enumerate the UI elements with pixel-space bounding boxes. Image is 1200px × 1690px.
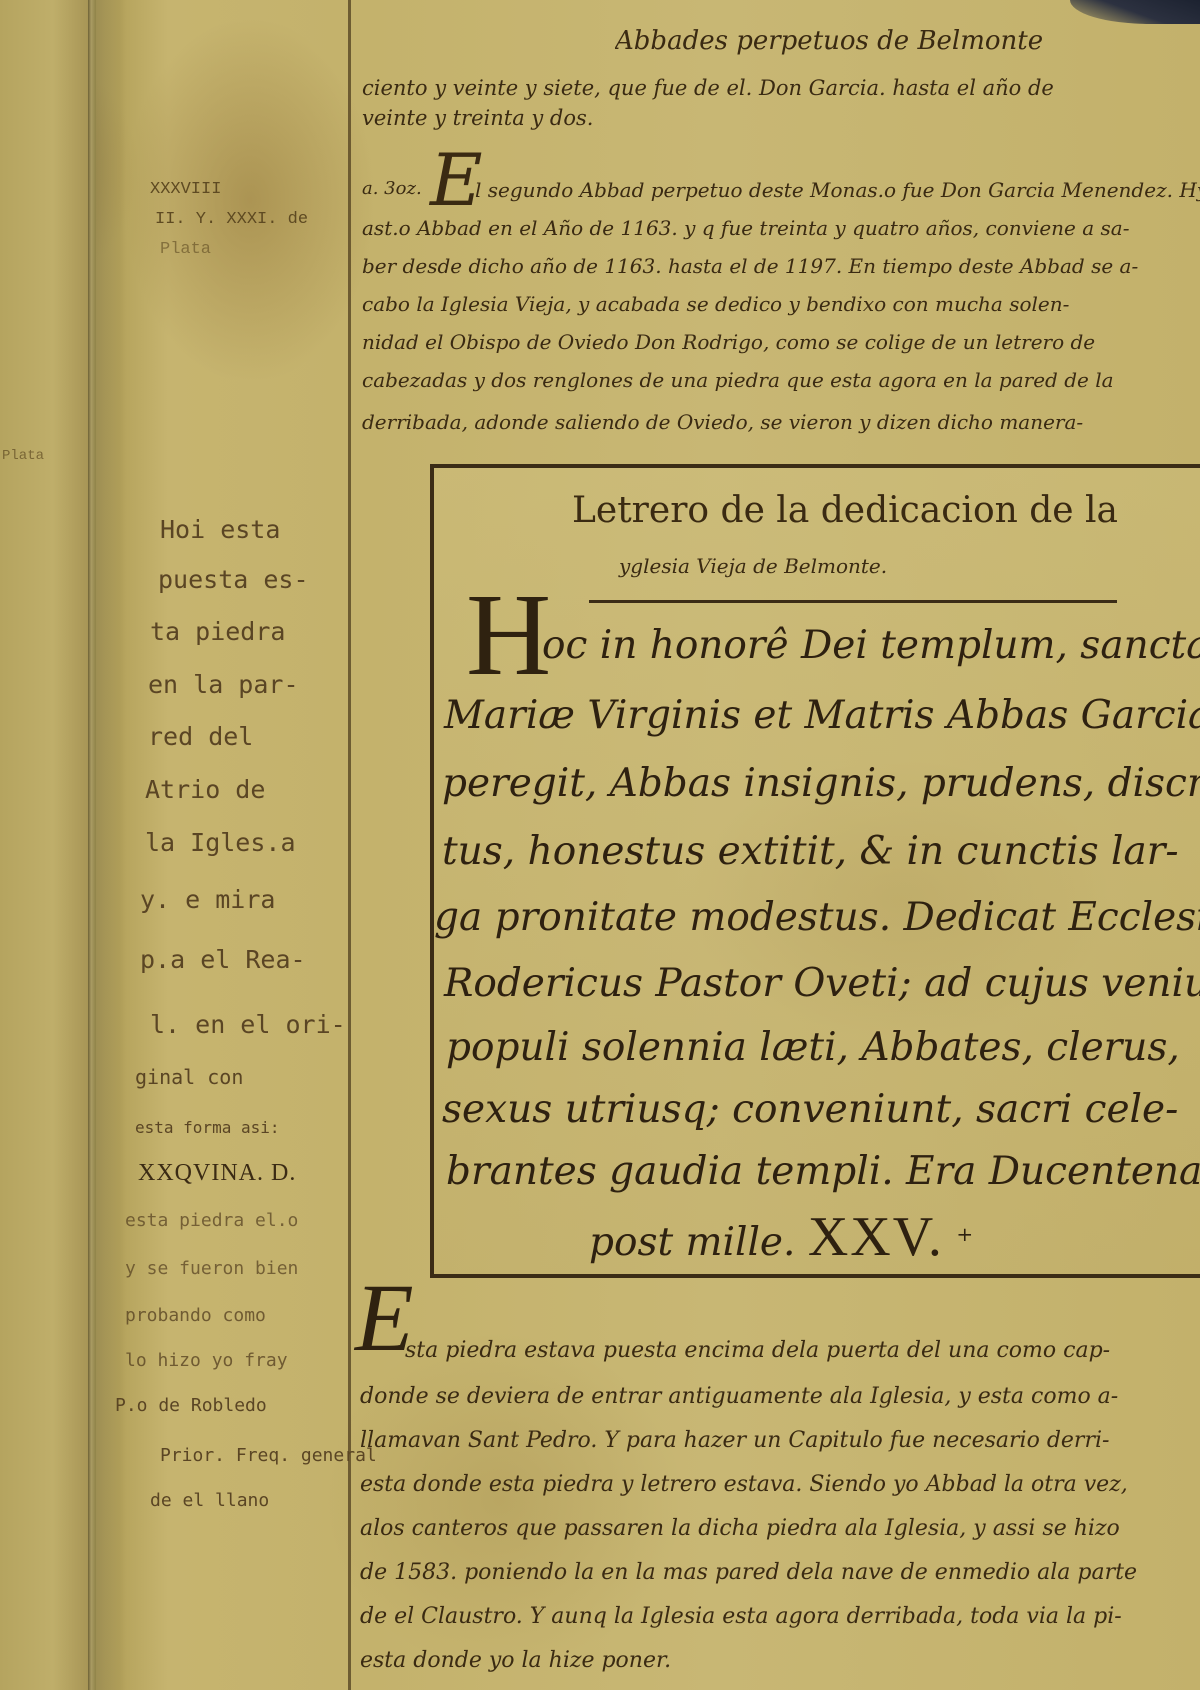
- margin-note-line: Prior. Freq. general: [160, 1445, 377, 1466]
- inscription-line: oc in honorê Dei templum, sanctæq;: [542, 623, 1200, 668]
- margin-note-line: ta piedra: [150, 617, 285, 646]
- margin-stray-note: Plata: [2, 448, 44, 464]
- inscription-year: XXV.: [808, 1206, 944, 1268]
- binding-fold: [88, 0, 96, 1690]
- inscription-line: populi solennia læti, Abbates, clerus,: [446, 1025, 1180, 1070]
- inscription-box: Letrero de la dedicacion de la yglesia V…: [430, 464, 1200, 1278]
- margin-old-note: XXXVIII: [150, 180, 221, 199]
- margin-rule: [348, 0, 351, 1690]
- paragraph-line: cabezadas y dos renglones de una piedra …: [362, 368, 1200, 392]
- inscription-line: peregit, Abbas insignis, prudens, discre…: [442, 761, 1200, 806]
- margin-old-note: II. Y. XXXI. de: [155, 210, 308, 229]
- left-leaf-edge: [0, 0, 88, 1690]
- paragraph-line: nidad el Obispo de Oviedo Don Rodrigo, c…: [362, 330, 1200, 354]
- header-line: veinte y treinta y dos.: [362, 106, 1200, 130]
- paragraph-line: alos canteros que passaren la dicha pied…: [360, 1516, 1200, 1541]
- margin-note-line: y. e mira: [140, 885, 275, 914]
- margin-note-line: esta forma asi:: [135, 1118, 280, 1137]
- paragraph-line: sta piedra estava puesta encima dela pue…: [405, 1338, 1200, 1363]
- margin-note-line: P.o de Robledo: [115, 1395, 267, 1416]
- margin-note-line: ginal con: [135, 1065, 243, 1089]
- header-line: ciento y veinte y siete, que fue de el. …: [362, 76, 1200, 100]
- paragraph-line: derribada, adonde saliendo de Oviedo, se…: [362, 410, 1200, 434]
- inscription-line: brantes gaudia templi. Era Ducentena: [446, 1149, 1200, 1194]
- margin-note-line: esta piedra el.o: [125, 1210, 298, 1231]
- margin-note-line: p.a el Rea-: [140, 945, 306, 974]
- margin-old-note: Plata: [160, 240, 211, 259]
- inscription-line: Rodericus Pastor Oveti; ad cujus veniunt: [444, 961, 1200, 1006]
- paragraph-line: esta donde esta piedra y letrero estava.…: [360, 1472, 1200, 1497]
- paragraph-line: de 1583. poniendo la en la mas pared del…: [360, 1560, 1200, 1585]
- paragraph-line: cabo la Iglesia Vieja, y acabada se dedi…: [362, 292, 1200, 316]
- inscription-subtitle: yglesia Vieja de Belmonte.: [619, 554, 887, 578]
- inscription-final-text: post mille.: [589, 1220, 795, 1265]
- inscription-line: ga pronitate modestus. Dedicat Ecclesiam: [434, 895, 1200, 940]
- inscription-line: sexus utriusq; conveniunt, sacri cele-: [442, 1087, 1178, 1132]
- inscription-line: tus, honestus extitit, & in cunctis lar-: [442, 829, 1179, 874]
- paragraph-line: esta donde yo la hize poner.: [360, 1648, 1200, 1673]
- paragraph-line: ber desde dicho año de 1163. hasta el de…: [362, 254, 1200, 278]
- margin-note-line: probando como: [125, 1305, 266, 1326]
- running-header: Abbades perpetuos de Belmonte: [615, 26, 1043, 56]
- margin-note-line: Atrio de: [145, 775, 265, 804]
- margin-note-line: l. en el ori-: [150, 1010, 346, 1039]
- paragraph-line: llamavan Sant Pedro. Y para hazer un Cap…: [360, 1428, 1200, 1453]
- inscription-line: Mariæ Virginis et Matris Abbas Garcia: [444, 693, 1200, 738]
- paragraph-line: ast.o Abbad en el Año de 1163. y q fue t…: [362, 216, 1200, 240]
- paragraph-line: l segundo Abbad perpetuo deste Monas.o f…: [475, 178, 1200, 202]
- paragraph-line: donde se deviera de entrar antiguamente …: [360, 1384, 1200, 1409]
- inscription-final-line: post mille. XXV. +: [589, 1205, 973, 1269]
- drop-cap: H: [466, 576, 551, 694]
- manuscript-page: Abbades perpetuos de Belmonte ciento y v…: [0, 0, 1200, 1690]
- title-underline: [589, 600, 1117, 603]
- margin-note-line: y se fueron bien: [125, 1258, 298, 1279]
- paragraph-line: de el Claustro. Y aunq la Iglesia esta a…: [360, 1604, 1200, 1629]
- background-corner: [1070, 0, 1200, 24]
- margin-note-line: lo hizo yo fray: [125, 1350, 288, 1371]
- fold-shadow: [96, 0, 126, 1690]
- margin-caps-line: XXQVINA. D.: [138, 1160, 296, 1187]
- margin-note-line: la Igles.a: [145, 828, 296, 857]
- margin-note-line: Hoi esta: [160, 515, 280, 544]
- margin-note-line: puesta es-: [158, 565, 309, 594]
- margin-note-line: en la par-: [148, 670, 299, 699]
- margin-note-line: de el llano: [150, 1490, 269, 1511]
- inscription-title: Letrero de la dedicacion de la: [572, 490, 1118, 531]
- cross-mark: +: [956, 1222, 973, 1246]
- margin-note-line: red del: [148, 722, 253, 751]
